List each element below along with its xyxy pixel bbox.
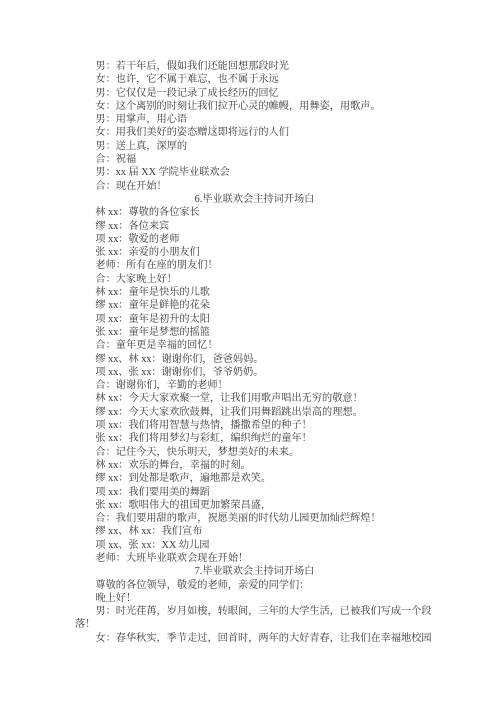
script-line: 女：用我们美好的姿态赠这即将远行的人们 (75, 126, 434, 139)
script-line: 缪 xx：童年是鲜艳的花朵 (75, 299, 434, 312)
script-line: 男：它仅仅是一段记录了成长经历的回忆 (75, 87, 434, 100)
script-line: 林 xx：尊敬的各位家长 (75, 206, 434, 219)
script-line: 林 xx：欢乐的舞台，幸福的时刻。 (75, 459, 434, 472)
script-line: 项 xx、张 xx：XX 幼儿园 (75, 539, 434, 552)
script-line: 合：记住今天，快乐明天，梦想美好的未来。 (75, 446, 434, 459)
script-line: 缪 xx、林 xx：我们宣布 (75, 525, 434, 538)
script-line: 缪 xx、林 xx：谢谢你们，爸爸妈妈。 (75, 353, 434, 366)
script-line: 女：也许，它不属于难忘，也不属于永远 (75, 73, 434, 86)
script-line: 项 xx、张 xx：谢谢你们，爷爷奶奶。 (75, 366, 434, 379)
script-line: 女：春华秋实，季节走过，回首时，两年的大好青春，让我们在幸福地校园 (75, 632, 434, 645)
section-heading: 7.毕业联欢会主持词开场白 (75, 565, 434, 578)
script-line: 合：我们要用甜的歌声，祝愿美丽的时代幼儿园更加灿烂辉煌！ (75, 512, 434, 525)
document-page: 男：若干年后，假如我们还能回想那段时光女：也许，它不属于难忘，也不属于永远男：它… (0, 0, 500, 708)
script-line: 尊敬的各位领导，敬爱的老师，亲爱的同学们： (75, 579, 434, 592)
script-line: 缪 xx：各位来宾 (75, 220, 434, 233)
script-line: 男：时光荏苒，岁月如梭，转眼间，三年的大学生活，已被我们写成一个段落！ (75, 605, 434, 632)
script-line: 张 xx：歌唱伟大的祖国更加繁荣昌盛， (75, 499, 434, 512)
script-line: 男：用掌声，用心语 (75, 113, 434, 126)
section-heading: 6.毕业联欢会主持词开场白 (75, 193, 434, 206)
script-line: 缪 xx：今天大家欢欣鼓舞，让我们用舞蹈跳出崇高的理想。 (75, 406, 434, 419)
script-line: 合：大家晚上好！ (75, 273, 434, 286)
script-line: 张 xx：童年是梦想的摇篮 (75, 326, 434, 339)
script-body: 男：若干年后，假如我们还能回想那段时光女：也许，它不属于难忘，也不属于永远男：它… (75, 60, 434, 645)
script-line: 老师：所有在座的朋友们！ (75, 259, 434, 272)
script-line: 男：若干年后，假如我们还能回想那段时光 (75, 60, 434, 73)
script-line: 晚上好！ (75, 592, 434, 605)
script-line: 男：送上真，深厚的 (75, 140, 434, 153)
script-line: 项 xx：敬爱的老师 (75, 233, 434, 246)
script-line: 老师：大班毕业联欢会现在开始！ (75, 552, 434, 565)
script-line: 缪 xx：到处都是歌声，遍地都是欢笑。 (75, 472, 434, 485)
script-line: 女：这个离别的时刻让我们拉开心灵的帷幔，用舞姿，用歌声。 (75, 100, 434, 113)
script-line: 张 xx：亲爱的小朋友们 (75, 246, 434, 259)
script-line: 林 xx：今天大家欢聚一堂，让我们用歌声唱出无穷的敬意！ (75, 392, 434, 405)
script-line: 合：谢谢你们，辛勤的老师！ (75, 379, 434, 392)
script-line: 项 xx：我们要用美的舞蹈 (75, 486, 434, 499)
script-line: 林 xx：童年是快乐的儿歌 (75, 286, 434, 299)
script-line: 男：xx 届 XX 学院毕业联欢会 (75, 166, 434, 179)
script-line: 合：现在开始！ (75, 180, 434, 193)
script-line: 项 xx：童年是初升的太阳 (75, 313, 434, 326)
script-line: 项 xx：我们将用智慧与热情，播撒希望的种子！ (75, 419, 434, 432)
script-line: 合：童年更是幸福的回忆！ (75, 339, 434, 352)
script-line: 张 xx：我们将用梦幻与彩虹，编织绚烂的童年！ (75, 432, 434, 445)
script-line: 合：祝福 (75, 153, 434, 166)
